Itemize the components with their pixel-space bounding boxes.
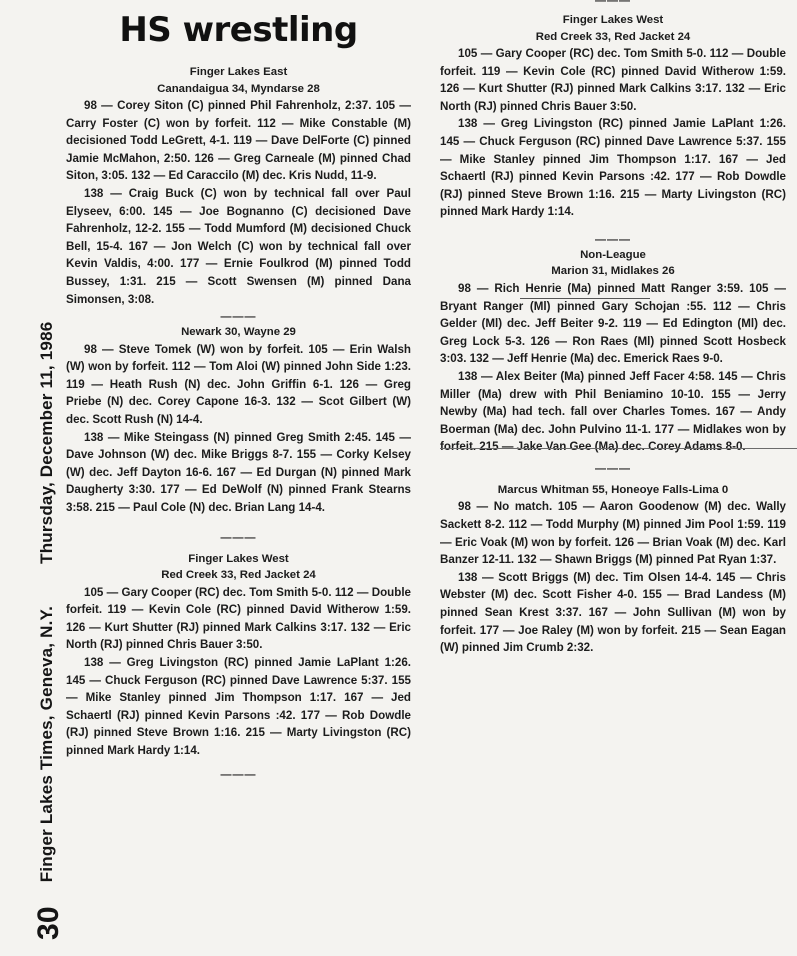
match-score: Red Creek 33, Red Jacket 24 (66, 567, 411, 584)
match-score: Newark 30, Wayne 29 (66, 324, 411, 341)
league-name: Finger Lakes East (66, 64, 411, 81)
bout-results: 138 — Craig Buck (C) won by technical fa… (66, 185, 411, 308)
league-name: Finger Lakes West (66, 551, 411, 568)
newspaper-name: Finger Lakes Times, Geneva, N.Y. (37, 606, 57, 882)
bout-results: 138 — Greg Livingston (RC) pinned Jamie … (440, 115, 786, 221)
section-divider: ——— (440, 462, 786, 476)
match-result: Non-League Marion 31, Midlakes 26 98 — R… (440, 247, 786, 456)
bout-results: 98 — No match. 105 — Aaron Goodenow (M) … (440, 498, 786, 568)
match-result: Finger Lakes West Red Creek 33, Red Jack… (440, 12, 786, 221)
match-result: Newark 30, Wayne 29 98 — Steve Tomek (W)… (66, 324, 411, 516)
match-score: Canandaigua 34, Myndarse 28 (66, 81, 411, 98)
bout-results: 138 — Mike Steingass (N) pinned Greg Smi… (66, 429, 411, 517)
match-score: Red Creek 33, Red Jacket 24 (440, 29, 786, 46)
league-name: Finger Lakes West (440, 12, 786, 29)
match-result: Finger Lakes East Canandaigua 34, Myndar… (66, 64, 411, 308)
match-score: Marion 31, Midlakes 26 (440, 263, 786, 280)
bout-results: 105 — Gary Cooper (RC) dec. Tom Smith 5-… (440, 45, 786, 115)
bout-results: 138 — Greg Livingston (RC) pinned Jamie … (66, 654, 411, 760)
section-divider: ——— (66, 531, 411, 545)
page-number: 30 (32, 906, 66, 940)
bout-results: 98 — Steve Tomek (W) won by forfeit. 105… (66, 341, 411, 429)
bout-results: 98 — Rich Henrie (Ma) pinned Matt Ranger… (440, 280, 786, 368)
page-folio: 30 Finger Lakes Times, Geneva, N.Y. Thur… (0, 0, 60, 956)
league-name: Non-League (440, 247, 786, 264)
bout-results: 138 — Scott Briggs (M) dec. Tim Olsen 14… (440, 569, 786, 657)
match-result: Finger Lakes West Red Creek 33, Red Jack… (66, 551, 411, 760)
section-divider: ——— (66, 310, 411, 324)
publication-date: Thursday, December 11, 1986 (37, 322, 57, 564)
newspaper-page: 30 Finger Lakes Times, Geneva, N.Y. Thur… (0, 0, 797, 956)
bout-results: 138 — Alex Beiter (Ma) pinned Jeff Facer… (440, 368, 786, 456)
article-headline: HS wrestling (66, 8, 411, 52)
section-divider: ——— (440, 0, 786, 8)
section-divider: ——— (66, 768, 411, 782)
column-rule (440, 448, 797, 449)
section-divider: ——— (440, 233, 786, 247)
match-result: Marcus Whitman 55, Honeoye Falls-Lima 0 … (440, 482, 786, 657)
right-column: ——— Finger Lakes West Red Creek 33, Red … (440, 0, 786, 657)
folio-line: 30 Finger Lakes Times, Geneva, N.Y. Thur… (30, 322, 64, 940)
left-column: HS wrestling Finger Lakes East Canandaig… (66, 6, 411, 782)
match-score: Marcus Whitman 55, Honeoye Falls-Lima 0 (440, 482, 786, 499)
bout-results: 98 — Corey Siton (C) pinned Phil Fahrenh… (66, 97, 411, 185)
column-rule (520, 298, 650, 299)
bout-results: 105 — Gary Cooper (RC) dec. Tom Smith 5-… (66, 584, 411, 654)
